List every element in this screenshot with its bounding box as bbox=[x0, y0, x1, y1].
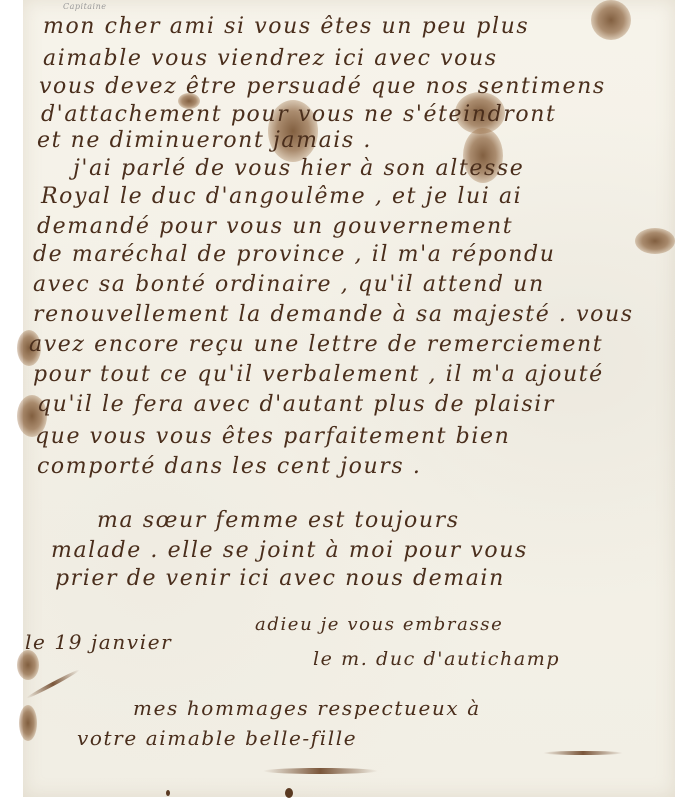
letter-line: demandé pour vous un gouvernement bbox=[37, 214, 513, 239]
letter-line: malade . elle se joint à moi pour vous bbox=[51, 538, 528, 563]
ink-stain bbox=[635, 228, 675, 254]
ink-stain bbox=[17, 650, 39, 680]
letter-line: qu'il le fera avec d'autant plus de plai… bbox=[37, 392, 555, 417]
letter-line: avec sa bonté ordinaire , qu'il attend u… bbox=[33, 272, 545, 297]
letter-line: ma sœur femme est toujours bbox=[97, 508, 460, 533]
letter-line: vous devez être persuadé que nos sentime… bbox=[39, 74, 606, 99]
letter-line: pour tout ce qu'il verbalement , il m'a … bbox=[33, 362, 604, 387]
letter-line: aimable vous viendrez ici avec vous bbox=[43, 46, 498, 71]
pencil-annotation: Capitaine bbox=[63, 2, 107, 11]
letter-line: votre aimable belle-fille bbox=[77, 726, 357, 750]
ink-stain bbox=[591, 0, 631, 40]
ink-dot bbox=[166, 790, 170, 796]
letter-line: que vous vous êtes parfaitement bien bbox=[35, 424, 510, 449]
letter-line: de maréchal de province , il m'a répondu bbox=[33, 242, 556, 267]
letter-line: d'attachement pour vous ne s'éteindront bbox=[41, 102, 556, 127]
letter-line: avez encore reçu une lettre de remerciem… bbox=[29, 332, 603, 357]
letter-line: prier de venir ici avec nous demain bbox=[55, 566, 505, 591]
letter-line: et ne diminueront jamais . bbox=[37, 128, 372, 153]
letter-line: mes hommages respectueux à bbox=[133, 696, 481, 720]
ink-stain bbox=[19, 705, 37, 741]
ink-dot bbox=[285, 788, 293, 798]
flourish-stroke bbox=[543, 751, 623, 755]
flourish-stroke bbox=[263, 768, 378, 774]
letter-line: Royal le duc d'angoulême , et je lui ai bbox=[41, 184, 522, 209]
letter-line: j'ai parlé de vous hier à son altesse bbox=[73, 156, 524, 181]
letter-line: mon cher ami si vous êtes un peu plus bbox=[43, 14, 529, 39]
letter-line: adieu je vous embrasse bbox=[255, 614, 503, 635]
letter-paper: Capitaine mon cher ami si vous êtes un p… bbox=[23, 0, 675, 797]
letter-date: le 19 janvier bbox=[25, 630, 172, 654]
letter-line: renouvellement la demande à sa majesté .… bbox=[33, 302, 634, 327]
letter-signature: le m. duc d'autichamp bbox=[313, 648, 560, 670]
letter-line: comporté dans les cent jours . bbox=[37, 454, 422, 479]
